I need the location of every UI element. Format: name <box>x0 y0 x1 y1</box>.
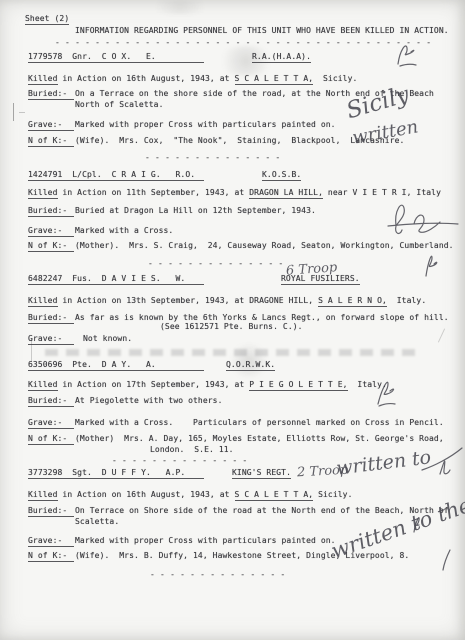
entry-cox-number-name: 1779578 Gnr. C O X. E. <box>28 52 204 63</box>
entry-davies-header: 6482247 Fus. D A V I E S. W. <box>28 274 204 285</box>
entry-craig-grave-label: Grave:- <box>28 226 74 237</box>
scan-noise <box>145 0 215 14</box>
entry-davies-grave-text: Not known. <box>83 334 132 344</box>
entry-cox-regiment: R.A.(H.A.A). <box>252 52 311 62</box>
entry-cox-killed-line: Killed in Action on 16th August, 1943, a… <box>28 74 357 84</box>
entry-craig-header: 1424791 L/Cpl. C R A I G. R.O. <box>28 170 204 181</box>
entry-day-killed-line: Killed in Action on 17th September, 1943… <box>28 380 387 390</box>
pen-stroke <box>440 548 454 572</box>
entry-day-buried-text: At Piegolette with two others. <box>75 396 223 406</box>
pen-stroke <box>438 328 445 342</box>
separator-dashes: - - - - - - - - - - - - - - <box>112 456 247 466</box>
entry-davies-killed-line: Killed in Action on 13th September, 1943… <box>28 296 426 306</box>
entry-day-header: 6350696 Pte. D A Y. A. <box>28 360 204 371</box>
separator-dashes: - - - - - - - - - - - - - - <box>150 570 285 580</box>
entry-duffy-grave-text: Marked with proper Cross with particular… <box>75 536 336 546</box>
entry-cox-header: 1779578 Gnr. C O X. E. <box>28 52 204 63</box>
sheet-label-text: Sheet (2) <box>25 14 69 25</box>
margin-mark <box>19 112 25 113</box>
entry-duffy-regiment: KING'S REGT. <box>232 468 291 478</box>
entry-davies-buried-text2: (See 1612571 Pte. Burns. C.). <box>160 322 303 332</box>
entry-day-grave-text: Marked with a Cross. Particulars of pers… <box>75 418 444 428</box>
entry-cox-buried-text2: North of Scaletta. <box>75 100 164 110</box>
pen-flourish <box>420 444 464 478</box>
separator-dashes: - - - - - - - - - - - - - - <box>145 153 280 163</box>
title-underline-dashes: - - - - - - - - - - - - - - - - - - - - … <box>55 38 431 48</box>
handwritten-monogram <box>420 250 440 278</box>
sheet-label: Sheet (2) <box>25 14 69 24</box>
entry-craig-regiment: K.O.S.B. <box>262 170 301 180</box>
entry-craig-number-name: 1424791 L/Cpl. C R A I G. R.O. <box>28 170 204 181</box>
page-title: INFORMATION REGARDING PERSONNEL OF THIS … <box>75 26 449 36</box>
entry-cox-nok-label: N of K:- <box>28 136 74 147</box>
scanned-document-page: Sheet (2) INFORMATION REGARDING PERSONNE… <box>0 0 465 640</box>
separator-dashes: - - - - - - - - - - - - - - <box>148 259 283 269</box>
entry-day-nok-text: (Mother) Mrs. A. Day, 165, Moyles Estate… <box>75 434 444 444</box>
handwritten-written-duffy: written to <box>335 446 432 479</box>
entry-day-nok-label: N of K:- <box>28 434 74 445</box>
handwritten-monogram <box>394 40 420 68</box>
entry-cox-grave-label: Grave:- <box>28 120 74 131</box>
entry-day-number-name: 6350696 Pte. D A Y. A. <box>28 360 204 371</box>
margin-mark <box>13 103 14 121</box>
entry-craig-nok-label: N of K:- <box>28 241 74 252</box>
entry-duffy-grave-label: Grave:- <box>28 536 74 547</box>
entry-day-nok-text2: London. S.E. 11. <box>150 445 234 455</box>
entry-davies-buried-label: Buried:- <box>28 313 74 324</box>
entry-craig-killed-line: Killed in Action on 11th September, 1943… <box>28 188 441 198</box>
faded-erased-text-line <box>45 349 420 356</box>
entry-day-grave-label: Grave:- <box>28 418 74 429</box>
entry-cox-buried-label: Buried:- <box>28 89 74 100</box>
handwritten-monogram <box>374 376 398 408</box>
entry-davies-number-name: 6482247 Fus. D A V I E S. W. <box>28 274 204 285</box>
entry-duffy-buried-text: On Terrace on Shore side of the road at … <box>75 506 449 516</box>
entry-craig-buried-text: Buried at Dragon La Hill on 12th Septemb… <box>75 206 316 216</box>
entry-duffy-killed-line: Killed in Action on 16th August, 1943, a… <box>28 490 353 500</box>
entry-craig-buried-label: Buried:- <box>28 206 74 217</box>
entry-craig-grave-text: Marked with a Cross. <box>75 226 173 236</box>
entry-day-buried-label: Buried:- <box>28 396 74 407</box>
entry-davies-grave-label: Grave:- <box>28 334 74 345</box>
entry-day-regiment: Q.O.R.W.K. <box>226 360 275 370</box>
handwritten-scribble-craig <box>386 196 460 242</box>
entry-duffy-number-name: 3773298 Sgt. D U F F Y. A.P. <box>28 468 204 479</box>
entry-cox-grave-text: Marked with proper Cross with particular… <box>75 120 336 130</box>
entry-craig-nok-text: (Mother). Mrs. S. Craig, 24, Causeway Ro… <box>75 241 454 251</box>
entry-duffy-buried-text2: Scaletta. <box>75 517 119 527</box>
entry-duffy-nok-label: N of K:- <box>28 551 74 562</box>
entry-duffy-header: 3773298 Sgt. D U F F Y. A.P. <box>28 468 204 479</box>
entry-duffy-buried-label: Buried:- <box>28 506 74 517</box>
